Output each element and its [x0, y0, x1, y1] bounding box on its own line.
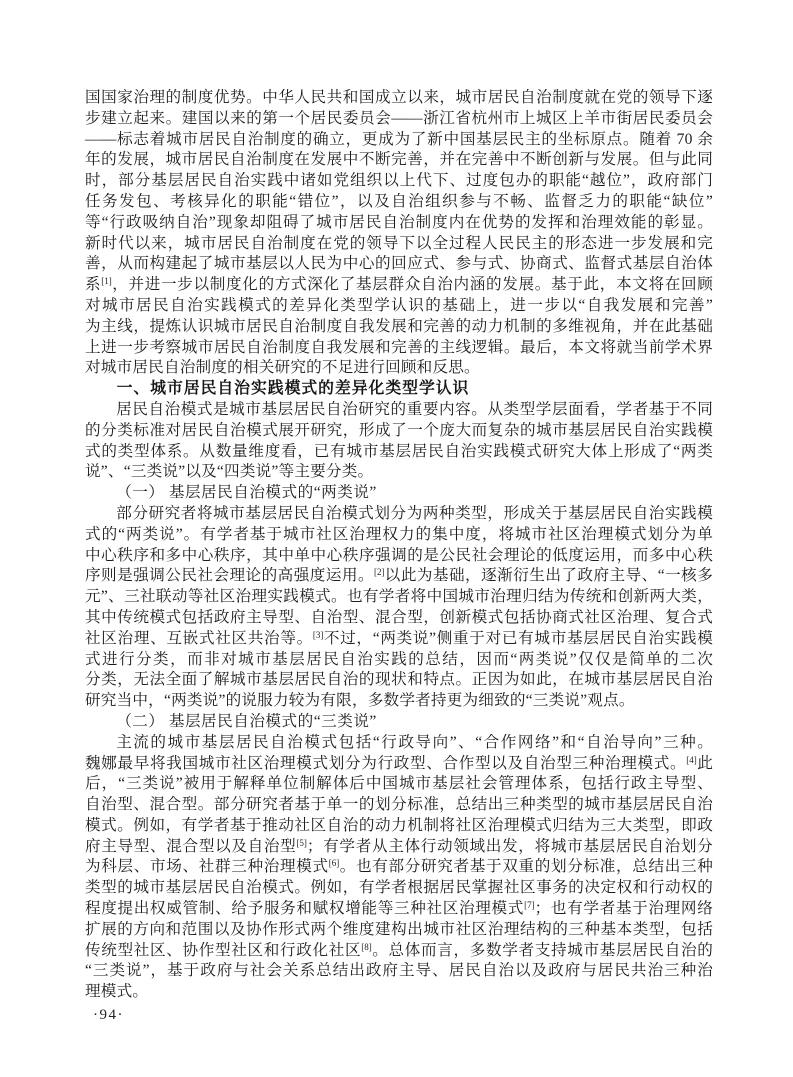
footnote-ref: [3]	[313, 630, 324, 640]
text-line: 对城市居民自治实践模式的差异化类型学认识的基础上，进一步以“自我发展和完善”	[85, 296, 713, 317]
text-line: 的分类标准对居民自治模式展开研究，形成了一个庞大而复杂的城市基层居民自治实践模	[85, 421, 713, 442]
footnote-ref: [1]	[101, 276, 112, 286]
text-line: 其中传统模式包括政府主导型、自治型、混合型，创新模式包括协商式社区治理、复合式	[85, 608, 713, 629]
text-line: 传统型社区、协作型社区和行政化社区[8]。总体而言，多数学者支持城市基层居民自治…	[85, 941, 713, 962]
text-line: 为科层、市场、社群三种治理模式[6]。也有部分研究者基于双重的划分标准，总结出三…	[85, 857, 713, 878]
text-line: 府主导型、混合型以及自治型[5]；有学者从主体行动领域出发，将城市基层居民自治划…	[85, 837, 713, 858]
section-1-heading: 一、城市居民自治实践模式的差异化类型学认识	[85, 379, 713, 400]
text-line: “三类说”，基于政府与社会关系总结出政府主导、居民自治以及政府与居民共治三种治	[85, 961, 713, 982]
text-line: 模式。例如，有学者基于推动社区自治的动力机制将社区治理模式归结为三大类型，即政	[85, 816, 713, 837]
page-number: ·94·	[85, 1007, 713, 1024]
text-line: 时，部分基层居民自治实践中诸如党组织以上代下、过度包办的职能“越位”，政府部门	[85, 171, 713, 192]
text-line: 系[1]，并进一步以制度化的方式深化了基层群众自治内涵的发展。基于此，本文将在回…	[85, 275, 713, 296]
text-line: 主流的城市基层居民自治模式包括“行政导向”、“合作网络”和“自治导向”三种。	[85, 733, 713, 754]
three-types-paragraph: 主流的城市基层居民自治模式包括“行政导向”、“合作网络”和“自治导向”三种。魏娜…	[85, 733, 713, 1003]
text-line: 社区治理、互嵌式社区共治等。[3]不过，“两类说”侧重于对已有城市基层居民自治实…	[85, 629, 713, 650]
footnote-ref: [6]	[329, 858, 340, 868]
two-types-paragraph: 部分研究者将城市基层居民自治模式划分为两种类型，形成关于基层居民自治实践模式的“…	[85, 504, 713, 712]
text-line: 为主线，提炼认识城市居民自治制度自我发展和完善的动力机制的多维视角，并在此基础	[85, 317, 713, 338]
text-line: 类型的城市基层居民自治模式。例如，有学者根据居民掌握社区事务的决定权和行动权的	[85, 878, 713, 899]
subsection-1-heading: （一） 基层居民自治模式的“两类说”	[85, 483, 713, 504]
text-line: 式进行分类，而非对城市基层居民自治实践的总结，因而“两类说”仅仅是简单的二次	[85, 650, 713, 671]
text-line: 说”、“三类说”以及“四类说”等主要分类。	[85, 462, 713, 483]
text-line: 任务发包、考核异化的职能“错位”，以及自治组织参与不畅、监督乏力的职能“缺位”	[85, 192, 713, 213]
text-line: 分类，无法全面了解城市基层居民自治的现状和特点。正因为如此，在城市基层居民自治	[85, 670, 713, 691]
text-line: 善，从而构建起了城市基层以人民为中心的回应式、参与式、协商式、监督式基层自治体	[85, 254, 713, 275]
paper-page: 国国家治理的制度优势。中华人民共和国成立以来，城市居民自治制度就在党的领导下逐步…	[0, 0, 793, 1077]
text-line: ——标志着城市居民自治制度的确立，更成为了新中国基层民主的坐标原点。随着 70 …	[85, 130, 713, 151]
footnote-ref: [2]	[374, 567, 385, 577]
text-line: 元”、三社联动等社区治理实践模式。也有学者将中国城市治理归结为传统和创新两大类，	[85, 587, 713, 608]
text-line: 扩展的方向和范围以及协作形式两个维度建构出城市社区治理结构的三种基本类型，包括	[85, 920, 713, 941]
footnote-ref: [5]	[296, 838, 307, 848]
text-line: 居民自治模式是城市基层居民自治研究的重要内容。从类型学层面看，学者基于不同	[85, 400, 713, 421]
text-line: 研究当中，“两类说”的说服力较为有限，多数学者持更为细致的“三类说”观点。	[85, 691, 713, 712]
text-line: 理模式。	[85, 982, 713, 1003]
text-line: 后，“三类说”被用于解释单位制解体后中国城市基层社会管理体系，包括行政主导型、	[85, 774, 713, 795]
footnote-ref: [7]	[524, 900, 535, 910]
text-line: 步建立起来。建国以来的第一个居民委员会——浙江省杭州市上城区上羊市街居民委员会	[85, 109, 713, 130]
text-line: 魏娜最早将我国城市社区治理模式划分为行政型、合作型以及自治型三种治理模式。[4]…	[85, 754, 713, 775]
text-line: 部分研究者将城市基层居民自治模式划分为两种类型，形成关于基层居民自治实践模	[85, 504, 713, 525]
text-line: 国国家治理的制度优势。中华人民共和国成立以来，城市居民自治制度就在党的领导下逐	[85, 88, 713, 109]
text-line: 对城市居民自治制度的相关研究的不足进行回顾和反思。	[85, 358, 713, 379]
text-line: 序则是强调公民社会理论的高强度运用。[2]以此为基础，逐渐衍生出了政府主导、“一…	[85, 566, 713, 587]
text-line: 新时代以来，城市居民自治制度在党的领导下以全过程人民民主的形态进一步发展和完	[85, 234, 713, 255]
footnote-ref: [8]	[361, 942, 372, 952]
text-line: 式的类型体系。从数量维度看，已有城市基层居民自治实践模式研究大体上形成了“两类	[85, 442, 713, 463]
footnote-ref: [4]	[686, 755, 697, 765]
text-line: 上进一步考察城市居民自治制度自我发展和完善的主线逻辑。最后，本文将就当前学术界	[85, 338, 713, 359]
subsection-2-heading: （二） 基层居民自治模式的“三类说”	[85, 712, 713, 733]
text-line: 等“行政吸纳自治”现象却阻碍了城市居民自治制度内在优势的发挥和治理效能的彰显。	[85, 213, 713, 234]
text-line: 中心秩序和多中心秩序，其中单中心秩序强调的是公民社会理论的低度运用，而多中心秩	[85, 546, 713, 567]
text-line: 自治型、混合型。部分研究者基于单一的划分标准，总结出三种类型的城市基层居民自治	[85, 795, 713, 816]
section-1-overview-paragraph: 居民自治模式是城市基层居民自治研究的重要内容。从类型学层面看，学者基于不同的分类…	[85, 400, 713, 483]
text-column: 国国家治理的制度优势。中华人民共和国成立以来，城市居民自治制度就在党的领导下逐步…	[85, 88, 713, 1024]
text-line: 程度提出权威管制、给予服务和赋权增能等三种社区治理模式[7]；也有学者基于治理网…	[85, 899, 713, 920]
text-line: 式的“两类说”。有学者基于城市社区治理权力的集中度，将城市社区治理模式划分为单	[85, 525, 713, 546]
intro-paragraph: 国国家治理的制度优势。中华人民共和国成立以来，城市居民自治制度就在党的领导下逐步…	[85, 88, 713, 379]
text-line: 年的发展，城市居民自治制度在发展中不断完善，并在完善中不断创新与发展。但与此同	[85, 150, 713, 171]
